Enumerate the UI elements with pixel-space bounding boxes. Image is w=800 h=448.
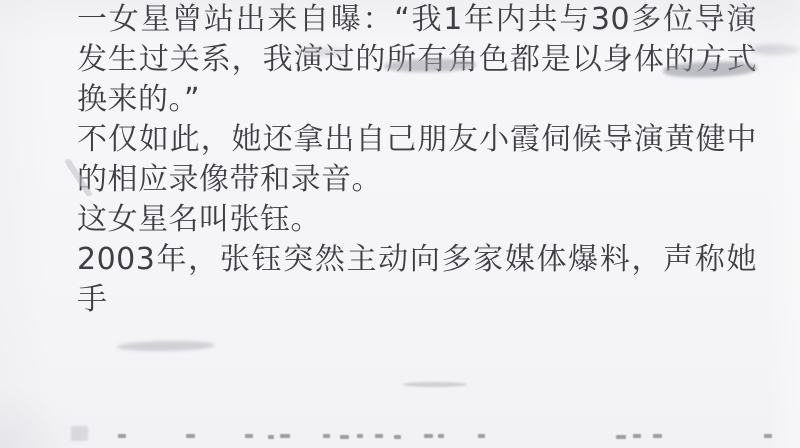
- clipped-next-line-marks: [0, 434, 800, 442]
- smudge-artifact: [117, 340, 215, 352]
- smudge-artifact: [750, 44, 800, 55]
- smudge-artifact: [71, 426, 88, 441]
- smudge-artifact: [403, 382, 467, 387]
- paragraph-2: 不仅如此，她还拿出自己朋友小霞伺候导演黄健中的相应录像带和录音。: [77, 120, 757, 200]
- paragraph-3: 这女星名叫张钰。: [77, 200, 757, 240]
- article-text-column: 一女星曾站出来自曝：“我1年内共与30多位导演发生过关系，我演过的所有角色都是以…: [77, 0, 757, 320]
- article-screenshot: 一女星曾站出来自曝：“我1年内共与30多位导演发生过关系，我演过的所有角色都是以…: [0, 0, 800, 448]
- paragraph-1: 一女星曾站出来自曝：“我1年内共与30多位导演发生过关系，我演过的所有角色都是以…: [77, 0, 757, 120]
- paragraph-4: 2003年，张钰突然主动向多家媒体爆料，声称她手: [77, 240, 757, 320]
